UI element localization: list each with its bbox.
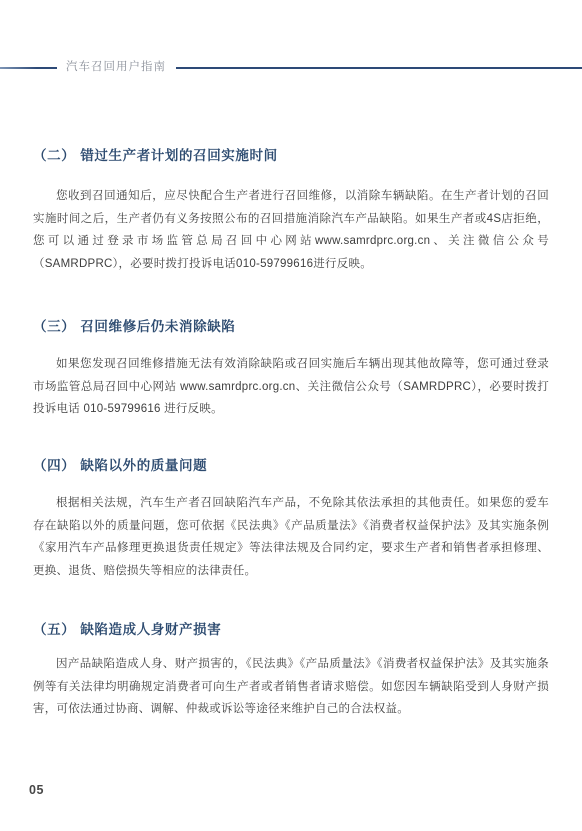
section-5-number: （五）	[33, 622, 75, 637]
header-divider-left	[0, 67, 57, 69]
section-4-number: （四）	[33, 458, 75, 473]
section-2-number: （二）	[33, 148, 75, 163]
document-title: 汽车召回用户指南	[66, 62, 166, 75]
section-5-heading: （五）缺陷造成人身财产损害	[33, 620, 549, 639]
section-4-title: 缺陷以外的质量问题	[80, 458, 207, 473]
section-5-paragraph: 因产品缺陷造成人身、财产损害的，《民法典》《产品质量法》《消费者权益保护法》及其…	[33, 653, 549, 721]
page-header: 汽车召回用户指南	[0, 60, 582, 76]
section-2-paragraph: 您收到召回通知后，应尽快配合生产者进行召回维修，以消除车辆缺陷。在生产者计划的召…	[33, 185, 549, 275]
section-4-paragraph: 根据相关法规，汽车生产者召回缺陷汽车产品，不免除其依法承担的其他责任。如果您的爱…	[33, 492, 549, 582]
page-number: 05	[29, 783, 44, 797]
document-page: 汽车召回用户指南 （二）错过生产者计划的召回实施时间 您收到召回通知后，应尽快配…	[0, 0, 582, 831]
section-3-title: 召回维修后仍未消除缺陷	[80, 319, 235, 334]
section-4-heading: （四）缺陷以外的质量问题	[33, 456, 549, 475]
section-5-title: 缺陷造成人身财产损害	[80, 622, 221, 637]
section-3-heading: （三）召回维修后仍未消除缺陷	[33, 317, 549, 336]
section-3-number: （三）	[33, 319, 75, 334]
header-divider-right	[176, 67, 582, 69]
section-3-paragraph: 如果您发现召回维修措施无法有效消除缺陷或召回实施后车辆出现其他故障等，您可通过登…	[33, 353, 549, 421]
section-2-heading: （二）错过生产者计划的召回实施时间	[33, 146, 549, 165]
section-2-title: 错过生产者计划的召回实施时间	[80, 148, 277, 163]
